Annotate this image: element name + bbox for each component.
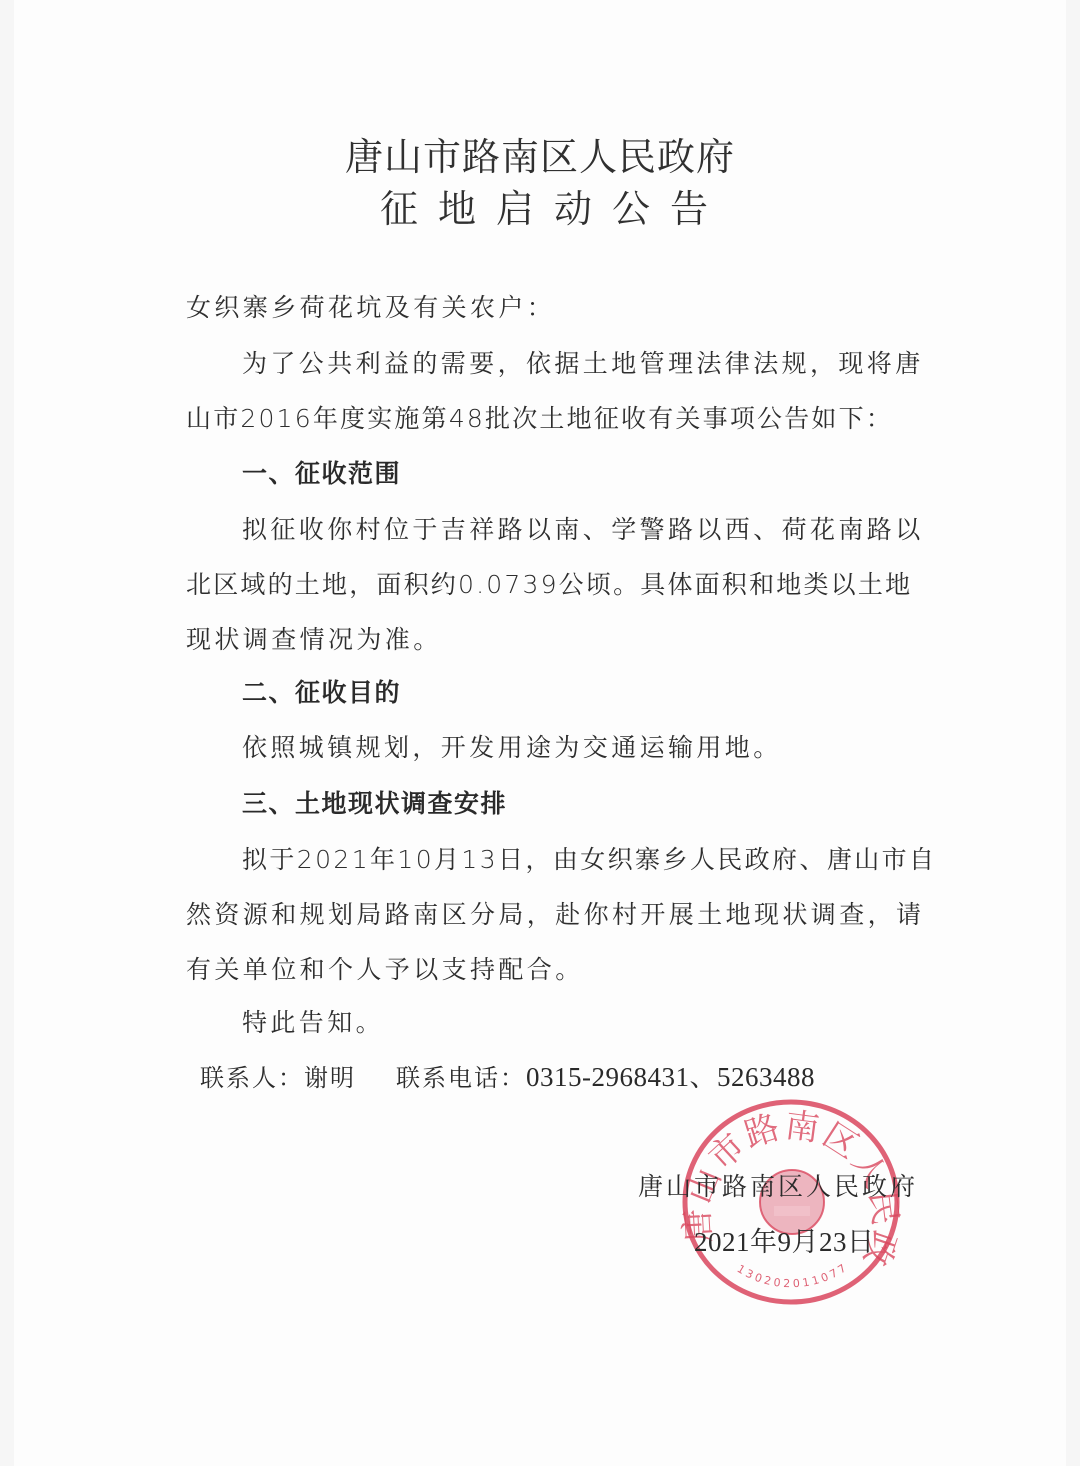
section-3-line-3: 有关单位和个人予以支持配合。 bbox=[186, 950, 584, 986]
section-2-line-1: 依照城镇规划，开发用途为交通运输用地。 bbox=[242, 728, 782, 764]
section-1-line-3: 现状调查情况为准。 bbox=[186, 620, 442, 656]
contact-person-name: 谢明 bbox=[304, 1064, 356, 1092]
contact-line: 联系人：谢明联系电话：0315-2968431、5263488 bbox=[200, 1055, 815, 1094]
signature-date: 2021年9月23日 bbox=[694, 1220, 875, 1259]
document-title-line2: 征地启动公告 bbox=[0, 178, 1080, 233]
section-3-line-1: 拟于2021年10月13日，由女织寨乡人民政府、唐山市自 bbox=[242, 840, 936, 876]
contact-phone-label: 联系电话： bbox=[396, 1064, 526, 1092]
document-title-line1: 唐山市路南区人民政府 bbox=[0, 126, 1080, 181]
section-1-line-2: 北区域的土地，面积约0.0739公顷。具体面积和地类以土地 bbox=[186, 565, 912, 601]
contact-person-label: 联系人： bbox=[200, 1064, 304, 1092]
closing-text: 特此告知。 bbox=[242, 1003, 384, 1039]
section-1-line-1: 拟征收你村位于吉祥路以南、学警路以西、荷花南路以 bbox=[242, 510, 924, 546]
section-3-line-2: 然资源和规划局路南区分局，赴你村开展土地现状调查，请 bbox=[186, 895, 924, 931]
intro-line-2: 山市2016年度实施第48批次土地征收有关事项公告如下： bbox=[186, 399, 893, 435]
section-2-heading: 二、征收目的 bbox=[242, 673, 401, 709]
section-1-heading: 一、征收范围 bbox=[242, 454, 401, 490]
intro-line-1: 为了公共利益的需要，依据土地管理法律法规，现将唐 bbox=[242, 344, 924, 380]
signature-organization: 唐山市路南区人民政府 bbox=[638, 1167, 918, 1203]
section-3-heading: 三、土地现状调查安排 bbox=[242, 784, 507, 820]
salutation: 女织寨乡荷花坑及有关农户： bbox=[186, 288, 555, 324]
contact-phone-value: 0315-2968431、5263488 bbox=[526, 1062, 815, 1092]
